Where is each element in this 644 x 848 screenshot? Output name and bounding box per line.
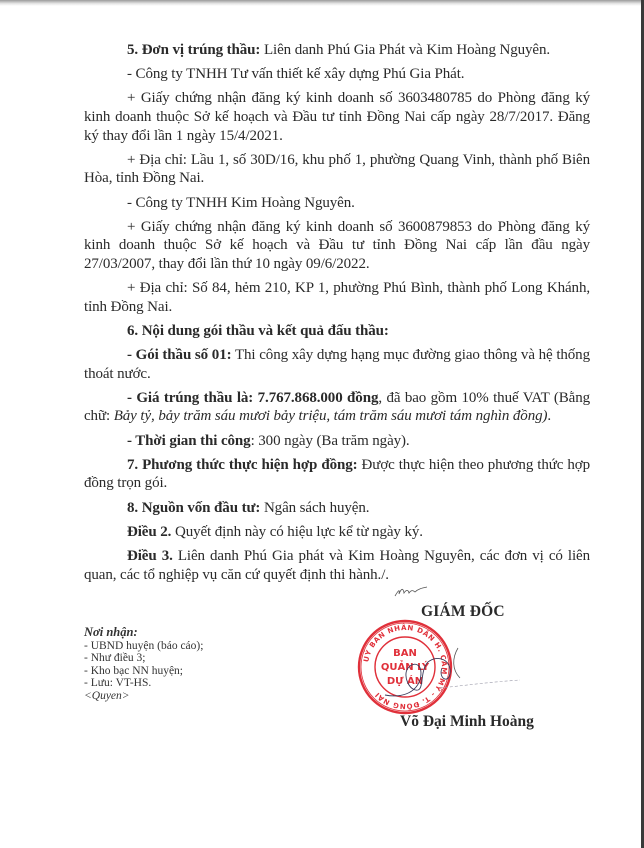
- handwritten-initials: [393, 585, 429, 599]
- paragraph-contract-method: 7. Phương thức thực hiện hợp đồng: Được …: [84, 456, 590, 493]
- handwritten-signature: [380, 640, 530, 710]
- paragraph-funding-source: 8. Nguồn vốn đầu tư: Ngân sách huyện.: [84, 499, 590, 518]
- paragraph-company-1-address: + Địa chỉ: Lầu 1, số 30D/16, khu phố 1, …: [84, 151, 590, 188]
- recipient-item: - UBND huyện (báo cáo);: [84, 640, 203, 653]
- paragraph-company-2: - Công ty TNHH Kim Hoàng Nguyên.: [84, 194, 590, 213]
- paragraph-company-2-license: + Giấy chứng nhận đăng ký kinh doanh số …: [84, 218, 590, 274]
- paragraph-winning-bidder: 5. Đơn vị trúng thầu: Liên danh Phú Gia …: [84, 41, 590, 60]
- recipients-title: Nơi nhận:: [84, 626, 203, 639]
- paragraph-article-2: Điều 2. Quyết định này có hiệu lực kể từ…: [84, 523, 590, 542]
- drafter-note: <Quyen>: [84, 690, 203, 703]
- paragraph-company-1-license: + Giấy chứng nhận đăng ký kinh doanh số …: [84, 89, 590, 145]
- paragraph-company-1: - Công ty TNHH Tư vấn thiết kế xây dựng …: [84, 65, 590, 84]
- recipient-item: - Kho bạc NN huyện;: [84, 665, 203, 678]
- signer-name: Võ Đại Minh Hoàng: [400, 713, 534, 731]
- paragraph-construction-time: - Thời gian thi công: 300 ngày (Ba trăm …: [84, 432, 590, 451]
- section-heading-bid-content: 6. Nội dung gói thầu và kết quả đấu thầu…: [84, 322, 590, 341]
- paragraph-bid-price: - Giá trúng thầu là: 7.767.868.000 đồng,…: [84, 389, 590, 426]
- paragraph-bid-package: - Gói thầu số 01: Thi công xây dựng hạng…: [84, 346, 590, 383]
- top-shadow: [0, 0, 644, 6]
- recipient-item: - Như điều 3;: [84, 652, 203, 665]
- paragraph-company-2-address: + Địa chỉ: Số 84, hẻm 210, KP 1, phường …: [84, 279, 590, 316]
- recipient-item: - Lưu: VT-HS.: [84, 677, 203, 690]
- document-body: 5. Đơn vị trúng thầu: Liên danh Phú Gia …: [84, 41, 590, 584]
- recipients-block: Nơi nhận: - UBND huyện (báo cáo); - Như …: [84, 626, 203, 703]
- paragraph-article-3: Điều 3. Liên danh Phú Gia phát và Kim Ho…: [84, 547, 590, 584]
